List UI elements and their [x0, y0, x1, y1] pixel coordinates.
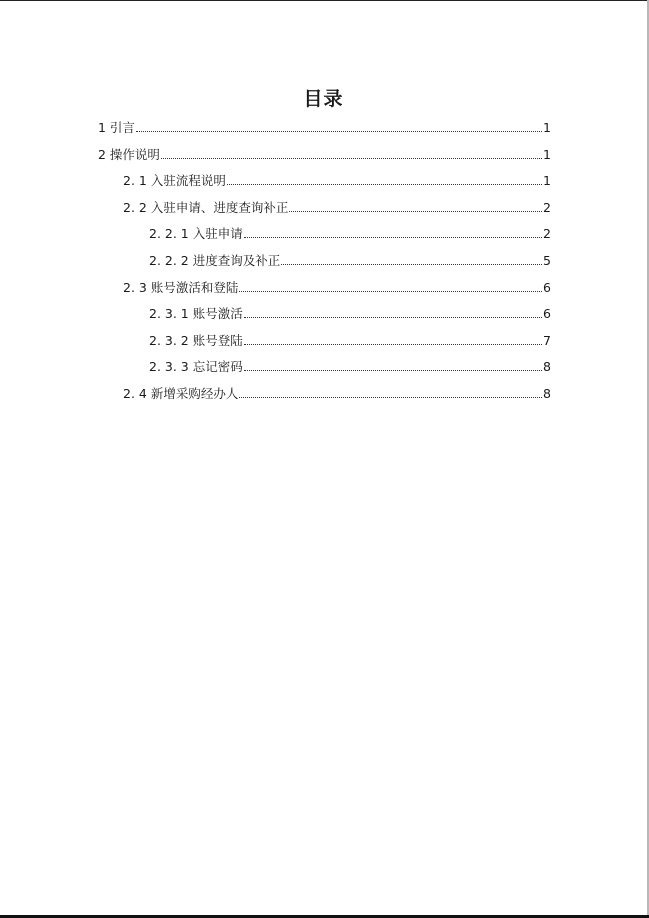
toc-entry[interactable]: 2. 2 入驻申请、进度查询补正 2: [123, 198, 551, 216]
toc-dot-leader: [136, 118, 542, 132]
toc-entry-page: 1: [543, 172, 551, 190]
toc-entry-page: 2: [543, 199, 551, 217]
toc-entry-label: 2. 4 新增采购经办人: [123, 385, 238, 403]
toc-entry-label: 2. 3. 2 账号登陆: [149, 332, 243, 350]
toc-dot-leader: [227, 171, 542, 185]
toc-entry-label: 2. 2. 2 进度查询及补正: [149, 252, 280, 270]
toc-dot-leader: [244, 357, 542, 371]
toc-entry-label: 2. 2. 1 入驻申请: [149, 225, 243, 243]
document-page: 目录 1 引言 1 2 操作说明 1 2. 1 入驻流程说明 1 2. 2 入驻…: [0, 0, 647, 915]
toc-dot-leader: [244, 304, 542, 318]
toc-entry-label: 2. 3. 3 忘记密码: [149, 358, 243, 376]
toc-entry-label: 2. 1 入驻流程说明: [123, 172, 226, 190]
toc-dot-leader: [239, 384, 542, 398]
toc-entry-page: 1: [543, 146, 551, 164]
toc-dot-leader: [244, 224, 542, 238]
toc-entry[interactable]: 2. 2. 2 进度查询及补正 5: [149, 251, 551, 269]
toc-entry-page: 6: [543, 279, 551, 297]
toc-entry-page: 5: [543, 252, 551, 270]
toc-entry[interactable]: 2. 1 入驻流程说明 1: [123, 171, 551, 189]
toc-entry[interactable]: 2. 3. 2 账号登陆 7: [149, 331, 551, 349]
toc-dot-leader: [281, 251, 542, 265]
toc-entry-page: 1: [543, 119, 551, 137]
toc-dot-leader: [289, 198, 542, 212]
toc-entry[interactable]: 2. 3. 1 账号激活 6: [149, 304, 551, 322]
toc-dot-leader: [161, 145, 542, 159]
toc-dot-leader: [244, 331, 542, 345]
toc-entry-page: 6: [543, 305, 551, 323]
toc-entry-label: 2. 3 账号激活和登陆: [123, 279, 238, 297]
toc-entry-page: 8: [543, 358, 551, 376]
toc-entry-page: 7: [543, 332, 551, 350]
toc-entry-label: 2. 3. 1 账号激活: [149, 305, 243, 323]
toc-entry-label: 2. 2 入驻申请、进度查询补正: [123, 199, 288, 217]
toc-entry-page: 8: [543, 385, 551, 403]
toc-dot-leader: [239, 278, 542, 292]
toc-entry-page: 2: [543, 225, 551, 243]
toc-entry[interactable]: 2 操作说明 1: [98, 145, 551, 163]
toc-entry[interactable]: 2. 3. 3 忘记密码 8: [149, 357, 551, 375]
toc-entry[interactable]: 1 引言 1: [98, 118, 551, 136]
toc-entry[interactable]: 2. 3 账号激活和登陆 6: [123, 278, 551, 296]
toc-title: 目录: [0, 84, 647, 111]
toc-entry[interactable]: 2. 2. 1 入驻申请 2: [149, 224, 551, 242]
toc-entry-label: 1 引言: [98, 119, 135, 137]
toc-entry[interactable]: 2. 4 新增采购经办人 8: [123, 384, 551, 402]
toc-entry-label: 2 操作说明: [98, 146, 160, 164]
